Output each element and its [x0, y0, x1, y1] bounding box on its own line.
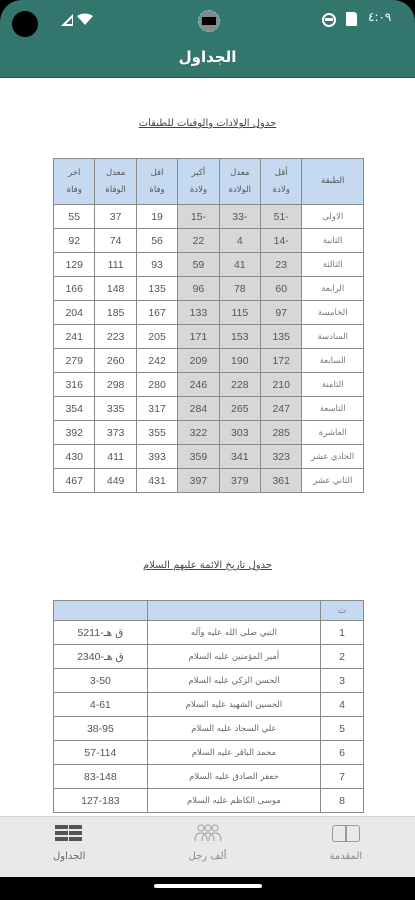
cell-last-death: 354 [54, 397, 95, 421]
cell-max-birth: 359 [178, 445, 219, 469]
table-row: السادسة135153171205223241 [54, 325, 364, 349]
cell-min-birth: 51- [261, 205, 302, 229]
table-row: التاسعة247265284317335354 [54, 397, 364, 421]
cell-max-birth: 322 [178, 421, 219, 445]
header-class: الطبقة [302, 159, 364, 205]
cell-avg-birth: 265 [219, 397, 260, 421]
cell-years: 23ق هـ-40 [54, 645, 148, 669]
cell-years: 57-114 [54, 741, 148, 765]
cell-min-death: 56 [136, 229, 177, 253]
cell-avg-birth: 78 [219, 277, 260, 301]
cell-avg-death: 185 [95, 301, 136, 325]
nav-label: ألف رجل [189, 851, 227, 862]
home-indicator[interactable] [154, 884, 262, 888]
cell-avg-birth: 115 [219, 301, 260, 325]
cell-avg-death: 111 [95, 253, 136, 277]
table-grid-icon [54, 823, 84, 843]
cell-name: موسى الكاظم عليه السلام [147, 789, 320, 813]
table-row: 4الحسين الشهيد عليه السلام4-61 [54, 693, 364, 717]
cell-class: الثاني عشر [302, 469, 364, 493]
header-avg-birth: معدلالولادة [219, 159, 260, 205]
cell-max-birth: 397 [178, 469, 219, 493]
front-camera-icon [198, 10, 220, 32]
status-time: ٤:٠٩ [368, 10, 391, 24]
cell-class: السادسة [302, 325, 364, 349]
cell-avg-birth: 228 [219, 373, 260, 397]
cell-max-birth: 246 [178, 373, 219, 397]
cell-last-death: 166 [54, 277, 95, 301]
cell-min-death: 93 [136, 253, 177, 277]
wifi-icon [77, 13, 93, 25]
cell-class: التاسعة [302, 397, 364, 421]
cell-last-death: 129 [54, 253, 95, 277]
cell-max-birth: 59 [178, 253, 219, 277]
system-gesture-area [0, 877, 415, 900]
page-title: الجداول [0, 48, 415, 66]
cell-name: أمير المؤمنين عليه السلام [147, 645, 320, 669]
cell-years: 38-95 [54, 717, 148, 741]
imams-table: ت 1النبي صلى الله عليه وآله52ق هـ-112أمي… [53, 600, 364, 813]
cell-years: 83-148 [54, 765, 148, 789]
cell-last-death: 392 [54, 421, 95, 445]
cell-name: الحسن الزكي عليه السلام [147, 669, 320, 693]
nav-label: الجداول [53, 851, 85, 862]
table-row: الحادي عشر323341359393411430 [54, 445, 364, 469]
table-header-row: ت [54, 601, 364, 621]
cell-avg-birth: 379 [219, 469, 260, 493]
cell-avg-death: 223 [95, 325, 136, 349]
cell-last-death: 316 [54, 373, 95, 397]
signal-icon [61, 14, 73, 26]
cell-min-birth: 323 [261, 445, 302, 469]
header-name [147, 601, 320, 621]
cell-class: العاشرة [302, 421, 364, 445]
cell-max-birth: 22 [178, 229, 219, 253]
table-row: 6محمد الباقر عليه السلام57-114 [54, 741, 364, 765]
cell-avg-birth: 153 [219, 325, 260, 349]
cell-last-death: 92 [54, 229, 95, 253]
cell-avg-death: 74 [95, 229, 136, 253]
header-index: ت [321, 601, 364, 621]
table-row: 8موسى الكاظم عليه السلام127-183 [54, 789, 364, 813]
book-icon [331, 823, 361, 843]
cell-last-death: 241 [54, 325, 95, 349]
cell-avg-birth: 4 [219, 229, 260, 253]
nav-item-thousand-men[interactable]: ألف رجل [139, 817, 277, 862]
cell-class: الخامسة [302, 301, 364, 325]
status-bar: ٤:٠٩ [0, 0, 415, 40]
header-min-death: اقلوفاة [136, 159, 177, 205]
app-header: ٤:٠٩ الجداول [0, 0, 415, 78]
nav-item-introduction[interactable]: المقدمة [277, 817, 415, 862]
cell-class: الثانية [302, 229, 364, 253]
table-row: 2أمير المؤمنين عليه السلام23ق هـ-40 [54, 645, 364, 669]
cell-max-birth: 15- [178, 205, 219, 229]
cell-max-birth: 284 [178, 397, 219, 421]
cell-min-birth: 23 [261, 253, 302, 277]
cell-min-death: 280 [136, 373, 177, 397]
cell-index: 8 [321, 789, 364, 813]
header-avg-death: معدلالوفاة [95, 159, 136, 205]
cell-min-birth: 210 [261, 373, 302, 397]
cell-avg-birth: 190 [219, 349, 260, 373]
imams-table-title: جدول تاريخ الائمة عليهم السلام [0, 560, 415, 571]
cell-years: 4-61 [54, 693, 148, 717]
table-row: الثامنة210228246280298316 [54, 373, 364, 397]
cell-min-death: 135 [136, 277, 177, 301]
cell-index: 1 [321, 621, 364, 645]
cell-avg-death: 298 [95, 373, 136, 397]
cell-min-birth: 361 [261, 469, 302, 493]
header-years [54, 601, 148, 621]
table-row: السابعة172190209242260279 [54, 349, 364, 373]
cell-avg-birth: 33- [219, 205, 260, 229]
table-row: الاولى51-33-15-193755 [54, 205, 364, 229]
cell-min-death: 317 [136, 397, 177, 421]
cell-class: الاولى [302, 205, 364, 229]
cell-min-birth: 172 [261, 349, 302, 373]
cell-min-death: 167 [136, 301, 177, 325]
cell-name: النبي صلى الله عليه وآله [147, 621, 320, 645]
cell-avg-death: 260 [95, 349, 136, 373]
cell-last-death: 55 [54, 205, 95, 229]
cell-min-birth: 60 [261, 277, 302, 301]
cell-index: 2 [321, 645, 364, 669]
cell-last-death: 204 [54, 301, 95, 325]
births-deaths-table-title: جدول الولادات والوفيات للطبقات [0, 118, 415, 129]
cell-min-birth: 97 [261, 301, 302, 325]
cell-max-birth: 96 [178, 277, 219, 301]
cell-name: محمد الباقر عليه السلام [147, 741, 320, 765]
table-row: 3الحسن الزكي عليه السلام3-50 [54, 669, 364, 693]
cell-min-birth: 247 [261, 397, 302, 421]
cell-avg-birth: 41 [219, 253, 260, 277]
cell-class: الحادي عشر [302, 445, 364, 469]
cell-avg-death: 335 [95, 397, 136, 421]
table-row: الثالثة23415993111129 [54, 253, 364, 277]
cell-name: علي السجاد عليه السلام [147, 717, 320, 741]
cell-min-birth: 285 [261, 421, 302, 445]
cell-max-birth: 133 [178, 301, 219, 325]
cell-max-birth: 171 [178, 325, 219, 349]
people-icon [193, 823, 223, 843]
cell-years: 3-50 [54, 669, 148, 693]
cell-max-birth: 209 [178, 349, 219, 373]
header-max-birth: أكبرولادة [178, 159, 219, 205]
table-row: 7جعفر الصادق عليه السلام83-148 [54, 765, 364, 789]
cell-min-death: 393 [136, 445, 177, 469]
cell-last-death: 279 [54, 349, 95, 373]
table-row: الخامسة97115133167185204 [54, 301, 364, 325]
nav-label: المقدمة [330, 851, 363, 862]
table-row: الثاني عشر361379397431449467 [54, 469, 364, 493]
cell-years: 127-183 [54, 789, 148, 813]
cell-last-death: 430 [54, 445, 95, 469]
cell-avg-death: 37 [95, 205, 136, 229]
cell-avg-birth: 341 [219, 445, 260, 469]
cell-index: 7 [321, 765, 364, 789]
cell-avg-death: 373 [95, 421, 136, 445]
cell-years: 52ق هـ-11 [54, 621, 148, 645]
cell-min-death: 355 [136, 421, 177, 445]
cell-avg-death: 449 [95, 469, 136, 493]
cell-index: 6 [321, 741, 364, 765]
cell-min-birth: 135 [261, 325, 302, 349]
cell-index: 5 [321, 717, 364, 741]
content-scroll-area[interactable]: جدول الولادات والوفيات للطبقات الطبقة أق… [0, 78, 415, 816]
cell-min-death: 431 [136, 469, 177, 493]
cell-min-death: 19 [136, 205, 177, 229]
nav-item-tables[interactable]: الجداول [0, 817, 138, 862]
sd-card-icon [346, 12, 357, 26]
births-deaths-table: الطبقة أقلولادة معدلالولادة أكبرولادة اق… [53, 158, 364, 493]
table-row: العاشرة285303322355373392 [54, 421, 364, 445]
table-row: 1النبي صلى الله عليه وآله52ق هـ-11 [54, 621, 364, 645]
header-last-death: اخروفاة [54, 159, 95, 205]
cell-class: الرابعة [302, 277, 364, 301]
bottom-navigation: المقدمة ألف رجل الجداول [0, 816, 415, 877]
table-row: الرابعة607896135148166 [54, 277, 364, 301]
cell-class: السابعة [302, 349, 364, 373]
cell-class: الثامنة [302, 373, 364, 397]
cell-name: جعفر الصادق عليه السلام [147, 765, 320, 789]
cell-avg-death: 411 [95, 445, 136, 469]
cell-avg-birth: 303 [219, 421, 260, 445]
cell-name: الحسين الشهيد عليه السلام [147, 693, 320, 717]
cell-min-birth: 14- [261, 229, 302, 253]
cell-avg-death: 148 [95, 277, 136, 301]
data-saver-icon [322, 13, 336, 27]
camera-cutout-icon [12, 11, 38, 37]
table-row: 5علي السجاد عليه السلام38-95 [54, 717, 364, 741]
cell-last-death: 467 [54, 469, 95, 493]
cell-min-death: 205 [136, 325, 177, 349]
header-min-birth: أقلولادة [261, 159, 302, 205]
cell-min-death: 242 [136, 349, 177, 373]
cell-index: 3 [321, 669, 364, 693]
table-row: الثانية14-422567492 [54, 229, 364, 253]
cell-index: 4 [321, 693, 364, 717]
table-header-row: الطبقة أقلولادة معدلالولادة أكبرولادة اق… [54, 159, 364, 205]
cell-class: الثالثة [302, 253, 364, 277]
